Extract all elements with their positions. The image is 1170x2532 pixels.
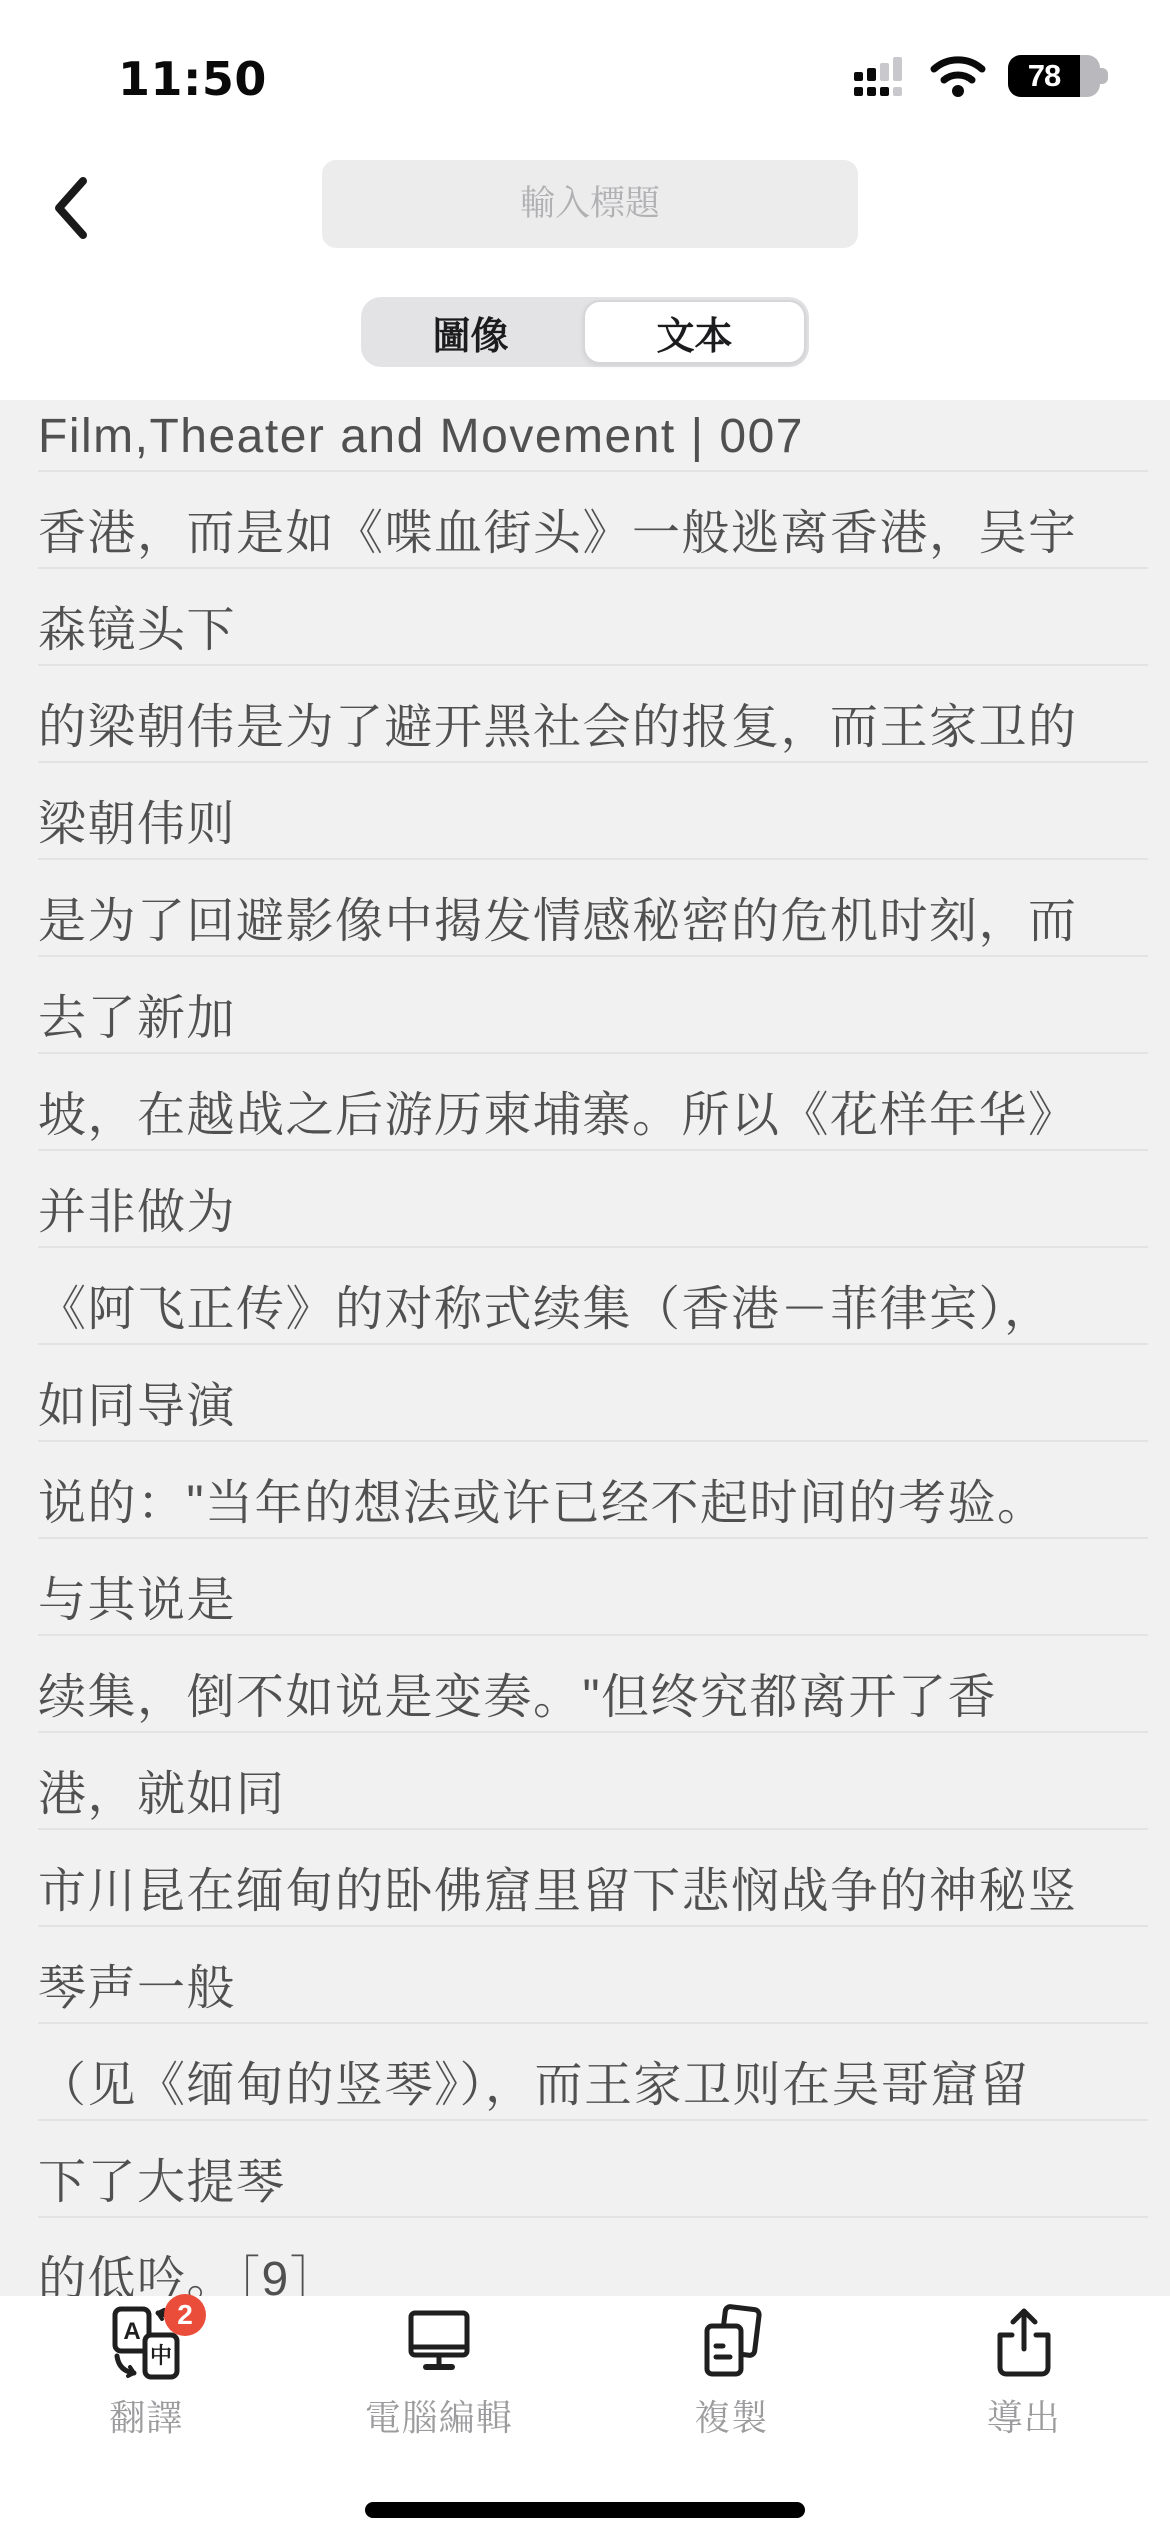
chevron-left-icon — [52, 176, 90, 240]
text-row[interactable]: 是为了回避影像中揭发情感秘密的危机时刻，而 — [38, 860, 1148, 957]
text-row-content: 去了新加 — [38, 995, 236, 1043]
tab-text[interactable]: 文本 — [583, 300, 806, 364]
translate-label: 翻譯 — [109, 2390, 183, 2441]
text-row[interactable]: 说的："当年的想法或许已经不起时间的考验。 — [38, 1442, 1148, 1539]
text-row[interactable]: 市川昆在缅甸的卧佛窟里留下悲悯战争的神秘竖 — [38, 1830, 1148, 1927]
text-row[interactable]: 去了新加 — [38, 957, 1148, 1054]
text-row-content: 森镜头下 — [38, 607, 236, 655]
text-row[interactable]: 并非做为 — [38, 1151, 1148, 1248]
text-row-content: 市川昆在缅甸的卧佛窟里留下悲悯战争的神秘竖 — [38, 1868, 1078, 1916]
status-icons: 78 — [854, 55, 1108, 97]
text-row-content: 的梁朝伟是为了避开黑社会的报复，而王家卫的 — [38, 704, 1078, 752]
text-row[interactable]: （见《缅甸的竖琴》），而王家卫则在吴哥窟留 — [38, 2024, 1148, 2121]
bottom-toolbar: A 中 2 翻譯 電腦編輯 — [0, 2296, 1170, 2532]
battery-percent: 78 — [1028, 58, 1060, 94]
text-row[interactable]: 港，就如同 — [38, 1733, 1148, 1830]
text-row[interactable]: 坡，在越战之后游历柬埔寨。所以《花样年华》 — [38, 1054, 1148, 1151]
text-row-content: 香港，而是如《喋血街头》一般逃离香港，吴宇 — [38, 510, 1078, 558]
nav-bar: 圖像 文本 — [0, 130, 1170, 400]
screen: 11:50 78 — [0, 0, 1170, 2532]
back-button[interactable] — [52, 168, 112, 248]
text-row[interactable]: Film,Theater and Movement | 007 — [38, 400, 1148, 472]
text-row-content: 《阿飞正传》的对称式续集（香港－菲律宾）， — [38, 1286, 1054, 1334]
text-row-content: （见《缅甸的竖琴》），而王家卫则在吴哥窟留 — [38, 2062, 1030, 2110]
ocr-text-area: Film,Theater and Movement | 007 香港，而是如《喋… — [0, 400, 1170, 2296]
export-label: 導出 — [987, 2390, 1061, 2441]
text-row[interactable]: 下了大提琴 — [38, 2121, 1148, 2218]
text-row[interactable]: 梁朝伟则 — [38, 763, 1148, 860]
export-button[interactable]: 導出 — [878, 2296, 1170, 2532]
text-row-content: Film,Theater and Movement | 007 — [38, 413, 804, 461]
text-row-content: 与其说是 — [38, 1577, 236, 1625]
copy-icon — [692, 2304, 770, 2382]
text-row-content: 如同导演 — [38, 1383, 236, 1431]
cellular-signal-icon — [854, 55, 908, 97]
title-input[interactable] — [322, 160, 858, 248]
export-share-icon — [985, 2304, 1063, 2382]
home-indicator[interactable] — [365, 2502, 805, 2518]
text-row-content: 琴声一般 — [38, 1965, 236, 2013]
battery-icon: 78 — [1008, 55, 1108, 97]
text-row-content: 说的："当年的想法或许已经不起时间的考验。 — [38, 1480, 1047, 1528]
copy-label: 複製 — [694, 2390, 768, 2441]
text-row-content: 是为了回避影像中揭发情感秘密的危机时刻，而 — [38, 898, 1078, 946]
translate-badge: 2 — [164, 2294, 206, 2336]
status-time: 11:50 — [118, 52, 267, 106]
text-row-content: 下了大提琴 — [38, 2159, 286, 2207]
translate-button[interactable]: A 中 2 翻譯 — [0, 2296, 293, 2532]
text-row[interactable]: 香港，而是如《喋血街头》一般逃离香港，吴宇 — [38, 472, 1148, 569]
svg-text:中: 中 — [150, 2343, 172, 2368]
text-row[interactable]: 的低吟。［9］ — [38, 2218, 1148, 2296]
copy-button[interactable]: 複製 — [585, 2296, 878, 2532]
tab-image[interactable]: 圖像 — [361, 297, 580, 367]
text-row[interactable]: 森镜头下 — [38, 569, 1148, 666]
text-row-content: 梁朝伟则 — [38, 801, 236, 849]
text-row-content: 并非做为 — [38, 1189, 236, 1237]
text-row-content: 港，就如同 — [38, 1771, 286, 1819]
computer-edit-button[interactable]: 電腦編輯 — [293, 2296, 586, 2532]
text-row[interactable]: 与其说是 — [38, 1539, 1148, 1636]
text-row[interactable]: 如同导演 — [38, 1345, 1148, 1442]
text-row[interactable]: 琴声一般 — [38, 1927, 1148, 2024]
text-row[interactable]: 的梁朝伟是为了避开黑社会的报复，而王家卫的 — [38, 666, 1148, 763]
text-row-content: 坡，在越战之后游历柬埔寨。所以《花样年华》 — [38, 1092, 1078, 1140]
wifi-icon — [930, 55, 986, 97]
text-row[interactable]: 续集，倒不如说是变奏。"但终究都离开了香 — [38, 1636, 1148, 1733]
image-text-segmented-control: 圖像 文本 — [361, 297, 809, 367]
svg-text:A: A — [124, 2318, 141, 2345]
text-row-content: 的低吟。［9］ — [38, 2256, 339, 2296]
battery-nub — [1100, 68, 1108, 84]
computer-edit-label: 電腦編輯 — [365, 2390, 513, 2441]
status-bar: 11:50 78 — [0, 0, 1170, 130]
desktop-icon — [400, 2304, 478, 2382]
text-row[interactable]: 《阿飞正传》的对称式续集（香港－菲律宾）， — [38, 1248, 1148, 1345]
text-row-content: 续集，倒不如说是变奏。"但终究都离开了香 — [38, 1674, 997, 1722]
